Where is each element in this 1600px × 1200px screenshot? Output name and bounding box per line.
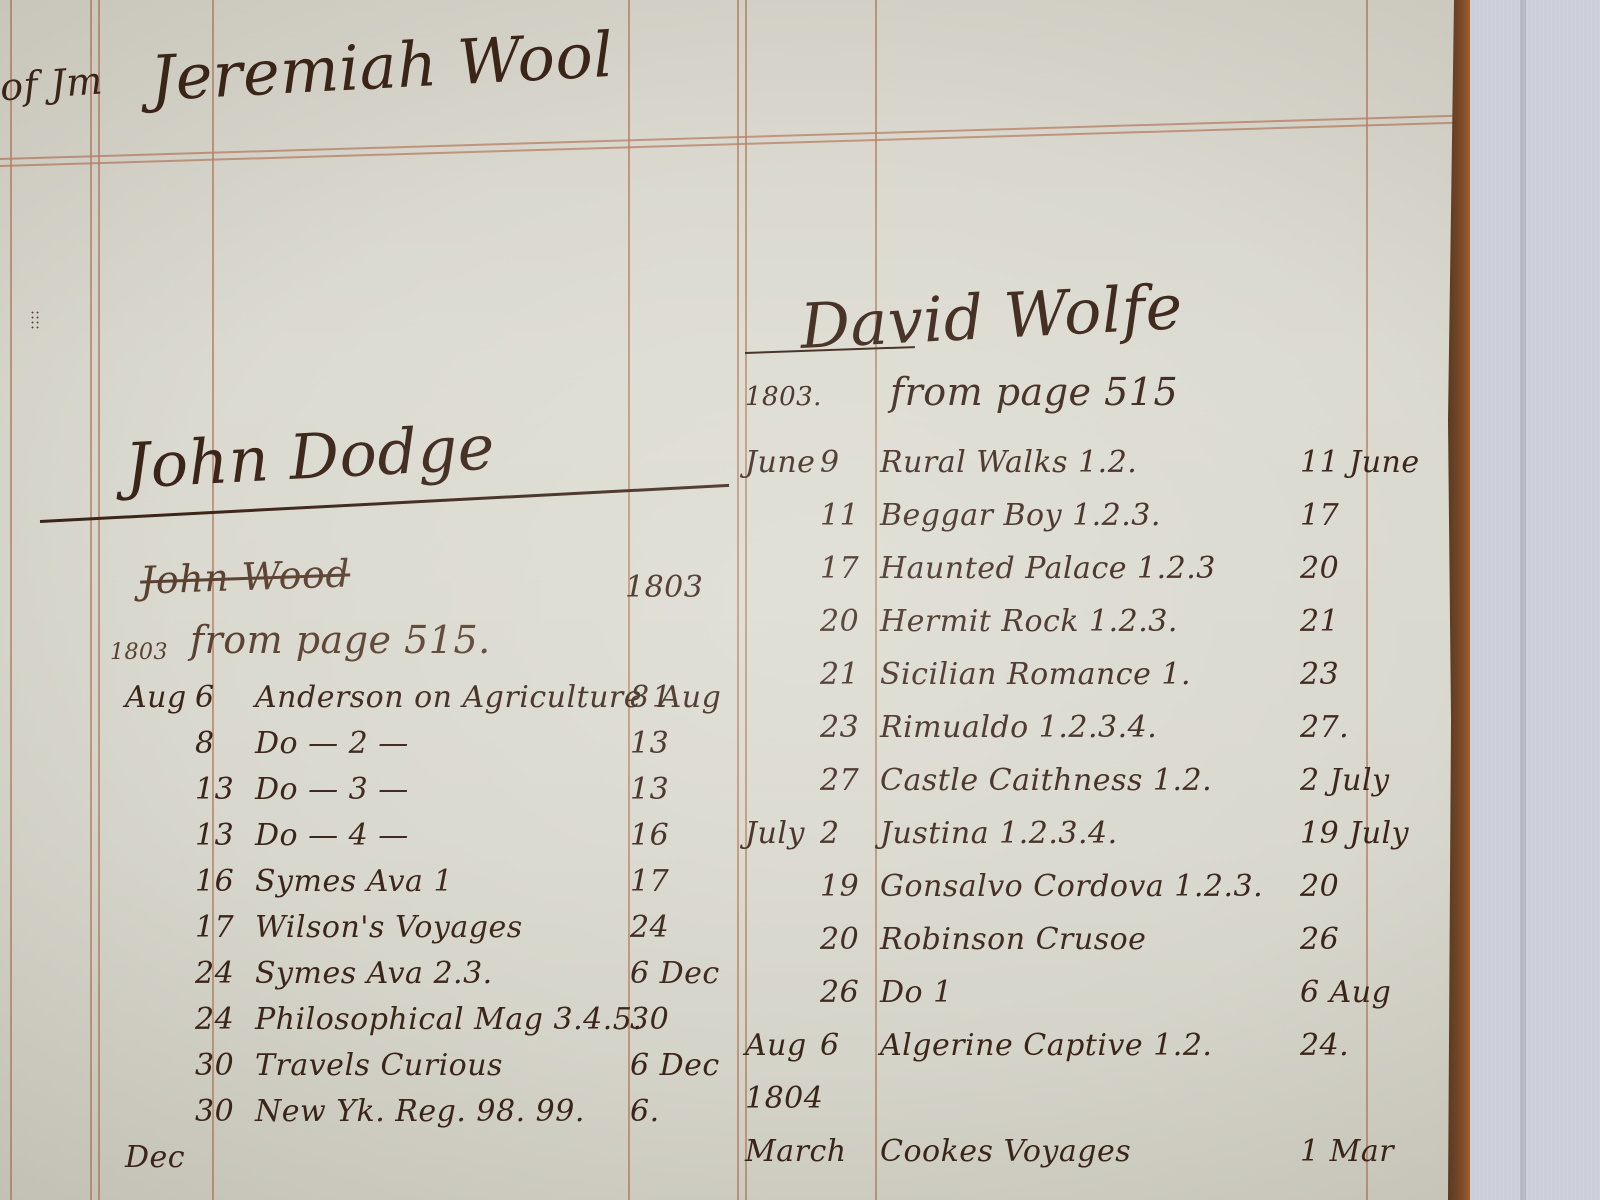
entry-day: 2 [820,816,840,851]
entry-returned: 6 Aug [1300,975,1391,1010]
entry-day: 11 [820,498,859,533]
entry-day: 13 [195,818,234,853]
binding-fold [1520,0,1526,1200]
entry-title: Anderson on Agriculture 1 [255,680,672,715]
entry-title: Gonsalvo Cordova 1.2.3. [880,869,1263,904]
entry-returned: 13 [630,726,669,761]
entry-returned: 26 [1300,922,1339,957]
ruling-line [10,0,12,1200]
entry-returned: 6. [630,1094,660,1129]
entry-day: 19 [820,869,859,904]
entry-day: 17 [195,910,234,945]
entry-title: Travels Curious [255,1048,503,1083]
entry-returned: 16 [630,818,669,853]
entry-title: Wilson's Voyages [255,910,523,945]
struck-year: 1803 [625,570,703,605]
entry-title: Haunted Palace 1.2.3 [880,551,1216,586]
entry-returned: 27. [1300,710,1349,745]
entry-day: 9 [820,445,840,480]
entry-title: Symes Ava 2.3. [255,956,493,991]
entry-title: Hermit Rock 1.2.3. [880,604,1178,639]
entry-returned: 11 June [1300,445,1420,480]
entry-title: Castle Caithness 1.2. [880,763,1212,798]
entry-day: 27 [820,763,859,798]
entry-returned: 6 Dec [630,1048,720,1083]
entry-title: Do 1 [880,975,953,1010]
entry-title: Symes Ava 1 [255,864,453,899]
ruling-line [745,0,747,1200]
entry-title: Cookes Voyages [880,1134,1131,1169]
entry-returned: 23 [1300,657,1339,692]
entry-title: Sicilian Romance 1. [880,657,1191,692]
entry-title: Philosophical Mag 3.4.5. [255,1002,642,1037]
entry-returned: 8 Aug [630,680,721,715]
entry-day: 16 [195,864,234,899]
entry-returned: 2 July [1300,763,1390,798]
entry-day: 17 [820,551,859,586]
carried-year: 1803. [745,382,822,412]
entry-day: 30 [195,1048,234,1083]
entry-month: July [745,816,805,851]
entry-day: 13 [195,772,234,807]
ledger-page: of Jm Jeremiah Wool John Dodge John Wood… [0,0,1478,1200]
entry-day: 21 [820,657,859,692]
header-title: Jeremiah Wool [148,18,615,115]
entry-title: New Yk. Reg. 98. 99. [255,1094,585,1129]
entry-month: 1804 [745,1081,823,1116]
ruling-line [737,0,739,1200]
entry-month: Dec [125,1140,185,1175]
entry-returned: 21 [1300,604,1339,639]
entry-title: Do — 2 — [255,726,409,761]
entry-returned: 17 [1300,498,1339,533]
entry-day: 6 [820,1028,840,1063]
entry-day: 24 [195,956,234,991]
carried-from: from page 515. [190,618,491,662]
entry-day: 23 [820,710,859,745]
entry-returned: 19 July [1300,816,1409,851]
header-prefix: of Jm [0,58,104,109]
entry-returned: 30 [630,1002,669,1037]
entry-title: Do — 4 — [255,818,409,853]
ruling-line [1366,0,1368,1200]
entry-returned: 20 [1300,869,1339,904]
entry-title: Rural Walks 1.2. [880,445,1137,480]
entry-title: Rimualdo 1.2.3.4. [880,710,1157,745]
entry-returned: 1 Mar [1300,1134,1394,1169]
entry-returned: 13 [630,772,669,807]
entry-title: Algerine Captive 1.2. [880,1028,1212,1063]
entry-title: Do — 3 — [255,772,409,807]
entry-returned: 24. [1300,1028,1349,1063]
entry-month: June [745,445,815,480]
entry-month: March [745,1134,847,1169]
ruling-line [98,0,100,1200]
struck-name: John Wood [139,551,351,602]
entry-returned: 20 [1300,551,1339,586]
carried-from: from page 515 [890,370,1178,414]
entry-month: Aug [125,680,187,715]
entry-day: 26 [820,975,859,1010]
ruling-line [875,0,877,1200]
entry-title: Robinson Crusoe [880,922,1146,957]
header-ruling [0,114,1477,159]
entry-day: 20 [820,922,859,957]
book-binding-cloth [1470,0,1600,1200]
ink-spots [30,310,40,330]
entry-title: Beggar Boy 1.2.3. [880,498,1161,533]
entry-day: 20 [820,604,859,639]
entry-returned: 17 [630,864,669,899]
entry-day: 30 [195,1094,234,1129]
account-name: John Dodge [123,410,496,502]
entry-returned: 24 [630,910,669,945]
entry-day: 6 [195,680,215,715]
entry-returned: 6 Dec [630,956,720,991]
entry-day: 24 [195,1002,234,1037]
entry-title: Justina 1.2.3.4. [880,816,1118,851]
entry-month: Aug [745,1028,807,1063]
header-ruling [0,121,1477,166]
entry-day: 8 [195,726,215,761]
ruling-line [90,0,92,1200]
carried-year: 1803 [110,640,168,665]
